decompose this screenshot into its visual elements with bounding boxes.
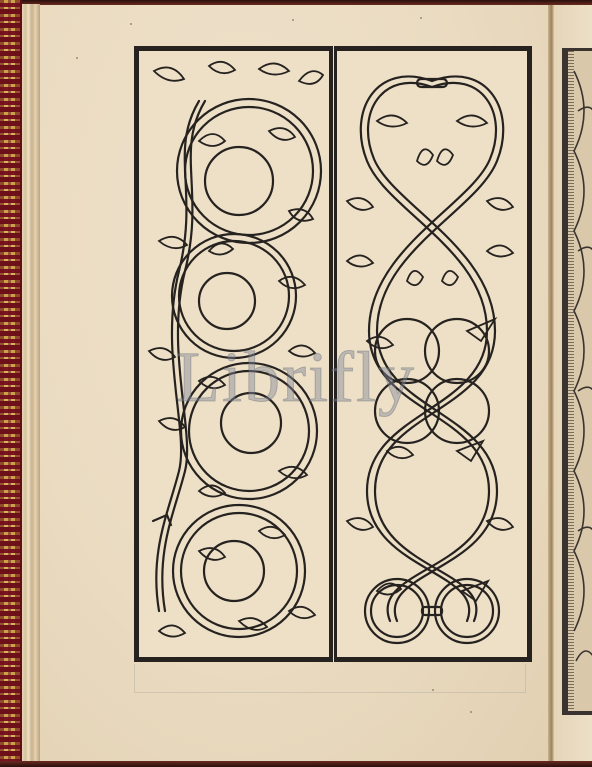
ornament-panel-left xyxy=(134,46,334,662)
woodcut-ornament xyxy=(134,46,532,662)
binding-bottom-edge xyxy=(0,761,592,767)
ornament-panel-right xyxy=(334,46,532,662)
book-scan: Librifly xyxy=(0,0,592,767)
facing-page-ornament xyxy=(562,48,592,715)
gilt-leather-binding-edge xyxy=(0,0,22,767)
page-fore-edges xyxy=(22,4,40,763)
offset-impression xyxy=(134,664,526,693)
